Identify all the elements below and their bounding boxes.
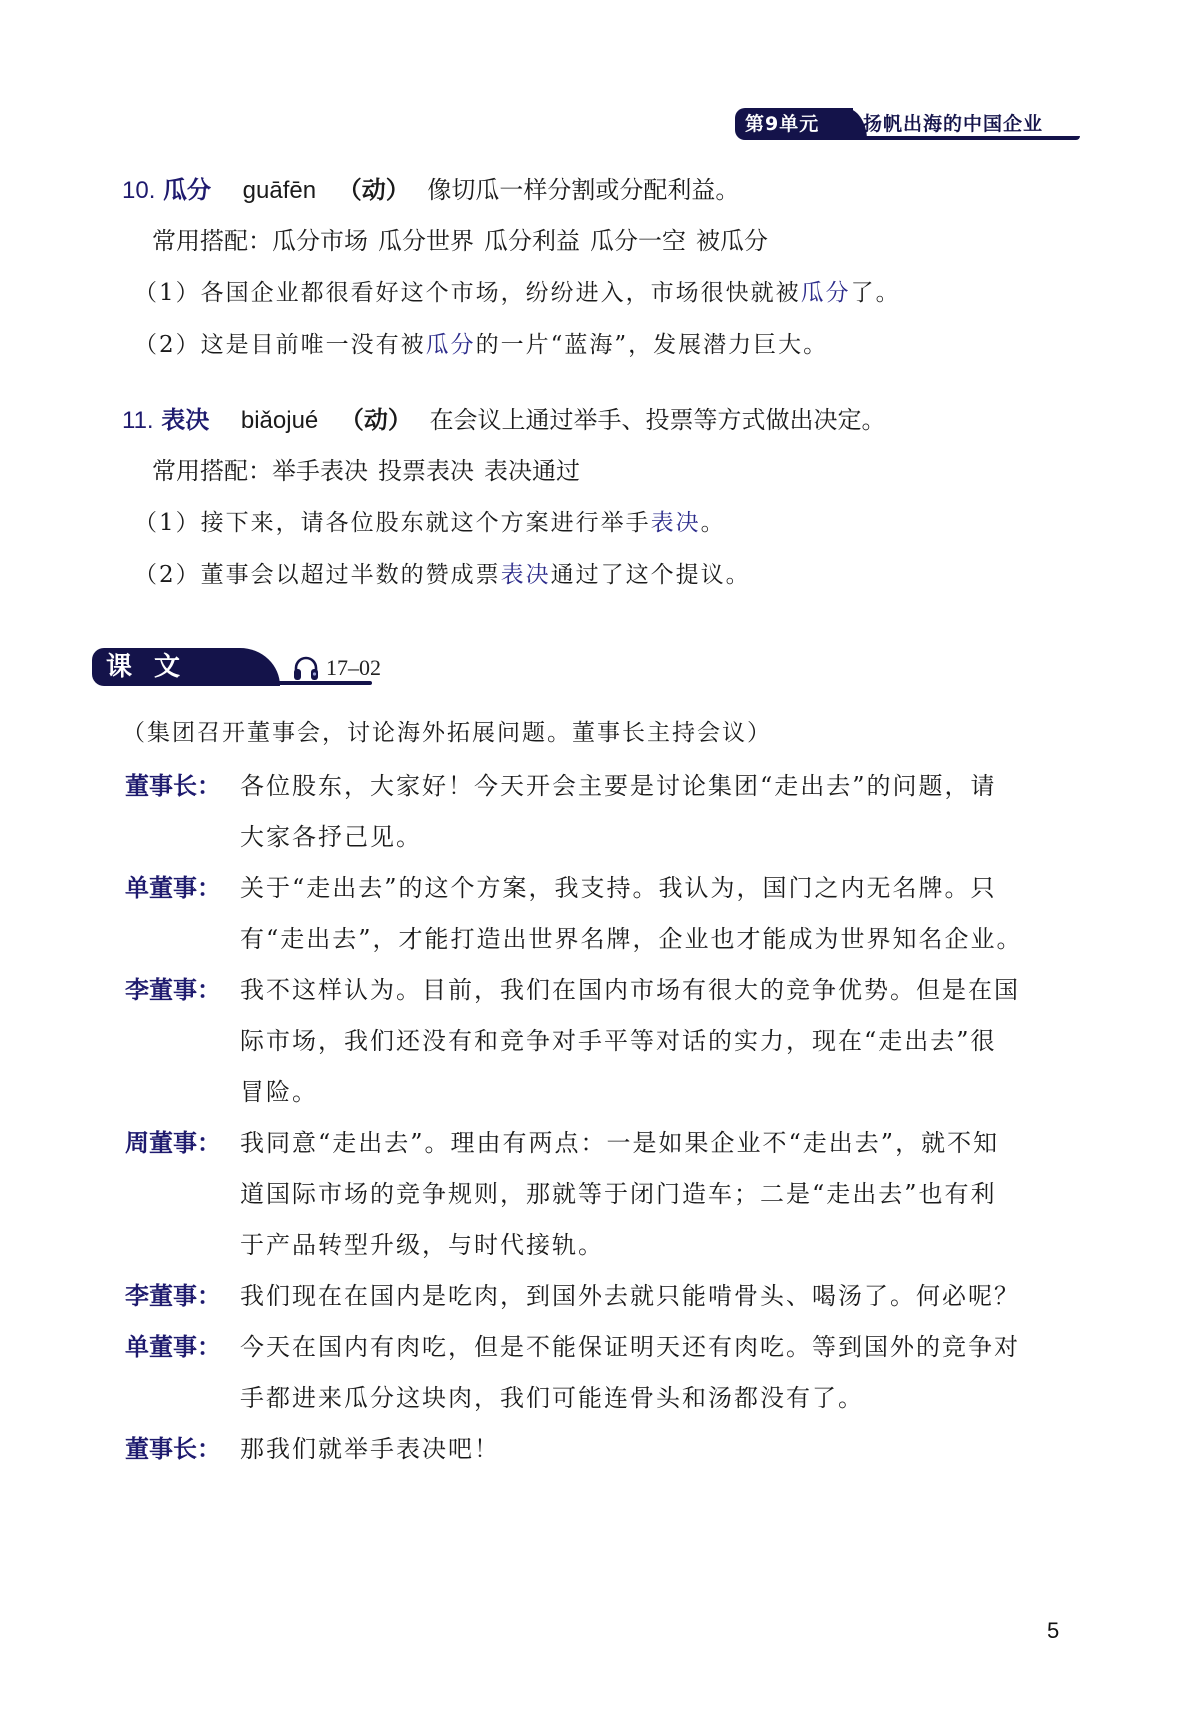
lesson-tag-label: 课文 [92, 648, 232, 686]
example-text: （1）各国企业都很看好这个市场，纷纷进入，市场很快就被 [134, 280, 801, 306]
example-keyword: 表决 [651, 510, 701, 536]
speaker-name: 李董事： [125, 1278, 240, 1314]
speaker-name: 李董事： [125, 972, 240, 1110]
dialogue-line: 手都进来瓜分这块肉，我们可能连骨头和汤都没有了。 [240, 1380, 1085, 1416]
audio-track[interactable]: 17–02 [292, 652, 381, 684]
dialogue-turn: 单董事： 今天在国内有肉吃，但是不能保证明天还有肉吃。等到国外的竞争对手都进来瓜… [125, 1329, 1085, 1416]
dialogue-turn: 周董事： 我同意“走出去”。理由有两点：一是如果企业不“走出去”，就不知道国际市… [125, 1125, 1085, 1263]
example-text: 了。 [851, 280, 901, 306]
dialogue-line: 际市场，我们还没有和竞争对手平等对话的实力，现在“走出去”很 [240, 1023, 1085, 1059]
vocab-definition: 像切瓜一样分割或分配利益。 [427, 176, 739, 204]
example-text: 通过了这个提议。 [551, 562, 751, 588]
tag-tail [230, 648, 280, 686]
vocab-word: 表决 [161, 406, 209, 434]
collocations: 常用搭配：瓜分市场瓜分世界瓜分利益瓜分一空被瓜分 [152, 223, 1082, 259]
collocation: 被瓜分 [696, 227, 768, 255]
unit-header: 第9单元 扬帆出海的中国企业 [735, 108, 1080, 140]
collocation: 瓜分市场 [272, 227, 368, 255]
dialogue-line: 于产品转型升级，与时代接轨。 [240, 1227, 1085, 1263]
example-sentence: （1）接下来，请各位股东就这个方案进行举手表决。 [134, 505, 1082, 541]
headphones-icon [292, 654, 320, 682]
stage-direction: （集团召开董事会，讨论海外拓展问题。董事长主持会议） [122, 715, 772, 751]
vocab-head: 10. 瓜分 guāfēn （动） 像切瓜一样分割或分配利益。 [122, 172, 1082, 209]
dialogue: 董事长： 各位股东，大家好！今天开会主要是讨论集团“走出去”的问题，请大家各抒己… [125, 768, 1085, 1482]
speaker-name: 董事长： [125, 768, 240, 855]
dialogue-turn: 李董事： 我们现在在国内是吃肉，到国外去就只能啃骨头、喝汤了。何必呢？ [125, 1278, 1085, 1314]
vocab-entry: 10. 瓜分 guāfēn （动） 像切瓜一样分割或分配利益。 常用搭配：瓜分市… [122, 172, 1082, 363]
vocab-word: 瓜分 [163, 176, 211, 204]
vocab-head: 11. 表决 biǎojué （动） 在会议上通过举手、投票等方式做出决定。 [122, 402, 1082, 439]
example-keyword: 表决 [501, 562, 551, 588]
vocab-pos: （动） [338, 176, 410, 204]
dialogue-turn: 单董事： 关于“走出去”的这个方案，我支持。我认为，国门之内无名牌。只有“走出去… [125, 870, 1085, 957]
dialogue-line: 有“走出去”，才能打造出世界名牌，企业也才能成为世界知名企业。 [240, 921, 1085, 957]
dialogue-line: 今天在国内有肉吃，但是不能保证明天还有肉吃。等到国外的竞争对 [240, 1329, 1085, 1365]
speaker-name: 单董事： [125, 870, 240, 957]
example-text: （2）这是目前唯一没有被 [134, 332, 426, 358]
example-text: （2）董事会以超过半数的赞成票 [134, 562, 501, 588]
collocation-label: 常用搭配： [152, 227, 272, 255]
dialogue-line: 冒险。 [240, 1074, 1085, 1110]
collocation: 举手表决 [272, 457, 368, 485]
dialogue-turn: 董事长： 那我们就举手表决吧！ [125, 1431, 1085, 1467]
collocation: 投票表决 [378, 457, 474, 485]
dialogue-line: 大家各抒己见。 [240, 819, 1085, 855]
vocab-pinyin: biǎojué [241, 407, 318, 434]
example-sentence: （2）这是目前唯一没有被瓜分的一片“蓝海”，发展潜力巨大。 [134, 327, 1082, 363]
page-number: 5 [1047, 1618, 1059, 1644]
audio-code: 17–02 [326, 655, 381, 681]
dialogue-line: 那我们就举手表决吧！ [240, 1431, 1085, 1467]
vocab-pinyin: guāfēn [243, 177, 316, 204]
unit-badge: 第9单元 [735, 108, 853, 140]
collocation: 瓜分一空 [590, 227, 686, 255]
vocab-pos: （动） [340, 406, 412, 434]
example-sentence: （2）董事会以超过半数的赞成票表决通过了这个提议。 [134, 557, 1082, 593]
dialogue-turn: 李董事： 我不这样认为。目前，我们在国内市场有很大的竞争优势。但是在国际市场，我… [125, 972, 1085, 1110]
speaker-name: 周董事： [125, 1125, 240, 1263]
collocation: 表决通过 [484, 457, 580, 485]
unit-title: 扬帆出海的中国企业 [863, 108, 1043, 140]
dialogue-line: 各位股东，大家好！今天开会主要是讨论集团“走出去”的问题，请 [240, 768, 1085, 804]
dialogue-line: 道国际市场的竞争规则，那就等于闭门造车；二是“走出去”也有利 [240, 1176, 1085, 1212]
dialogue-line: 我同意“走出去”。理由有两点：一是如果企业不“走出去”，就不知 [240, 1125, 1085, 1161]
speaker-name: 单董事： [125, 1329, 240, 1416]
lesson-section-tag: 课文 [92, 648, 277, 686]
dialogue-line: 关于“走出去”的这个方案，我支持。我认为，国门之内无名牌。只 [240, 870, 1085, 906]
dialogue-line: 我们现在在国内是吃肉，到国外去就只能啃骨头、喝汤了。何必呢？ [240, 1278, 1085, 1314]
collocation: 瓜分世界 [378, 227, 474, 255]
vocab-number: 11. [122, 407, 154, 434]
dialogue-turn: 董事长： 各位股东，大家好！今天开会主要是讨论集团“走出去”的问题，请大家各抒己… [125, 768, 1085, 855]
dialogue-line: 我不这样认为。目前，我们在国内市场有很大的竞争优势。但是在国 [240, 972, 1085, 1008]
example-text: （1）接下来，请各位股东就这个方案进行举手 [134, 510, 651, 536]
vocab-entry: 11. 表决 biǎojué （动） 在会议上通过举手、投票等方式做出决定。 常… [122, 402, 1082, 593]
collocation: 瓜分利益 [484, 227, 580, 255]
collocation-label: 常用搭配： [152, 457, 272, 485]
example-keyword: 瓜分 [801, 280, 851, 306]
vocab-number: 10. [122, 177, 155, 204]
example-keyword: 瓜分 [426, 332, 476, 358]
vocab-definition: 在会议上通过举手、投票等方式做出决定。 [430, 406, 886, 434]
example-text: 。 [701, 510, 726, 536]
speaker-name: 董事长： [125, 1431, 240, 1467]
example-sentence: （1）各国企业都很看好这个市场，纷纷进入，市场很快就被瓜分了。 [134, 275, 1082, 311]
collocations: 常用搭配：举手表决投票表决表决通过 [152, 453, 1082, 489]
example-text: 的一片“蓝海”，发展潜力巨大。 [476, 332, 829, 358]
